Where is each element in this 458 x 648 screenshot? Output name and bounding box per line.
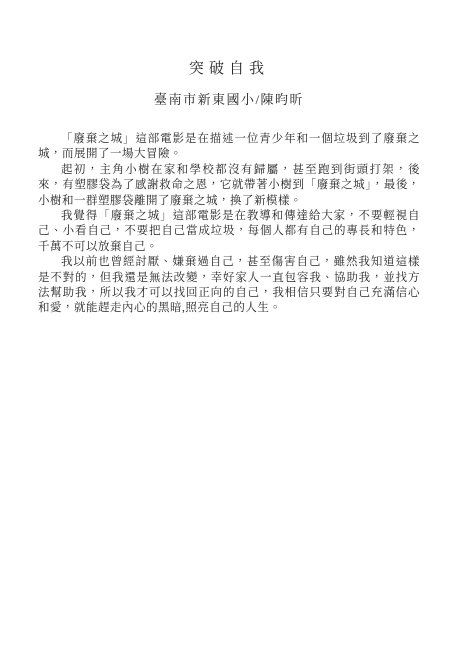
document-page: 突破自我 臺南市新東國小/陳昀昕 「廢棄之城」這部電影是在描述一位青少年和一個垃… <box>0 0 458 648</box>
paragraph-3: 我覺得「廢棄之城」這部電影是在教導和傳達給大家，不要輕視自己、小看自己，不要把自… <box>38 209 420 255</box>
document-body: 「廢棄之城」這部電影是在描述一位青少年和一個垃圾到了廢棄之城，而展開了一場大冒險… <box>38 132 420 317</box>
paragraph-2: 起初，主角小樹在家和學校都沒有歸屬，甚至跑到街頭打架，後來，有塑膠袋為了感謝救命… <box>38 163 420 209</box>
document-title: 突破自我 <box>38 58 420 80</box>
paragraph-1: 「廢棄之城」這部電影是在描述一位青少年和一個垃圾到了廢棄之城，而展開了一場大冒險… <box>38 132 420 163</box>
paragraph-4: 我以前也曾經討厭、嫌棄過自己，甚至傷害自己，雖然我知道這樣是不對的，但我還是無法… <box>38 255 420 317</box>
document-byline: 臺南市新東國小/陳昀昕 <box>38 90 420 110</box>
